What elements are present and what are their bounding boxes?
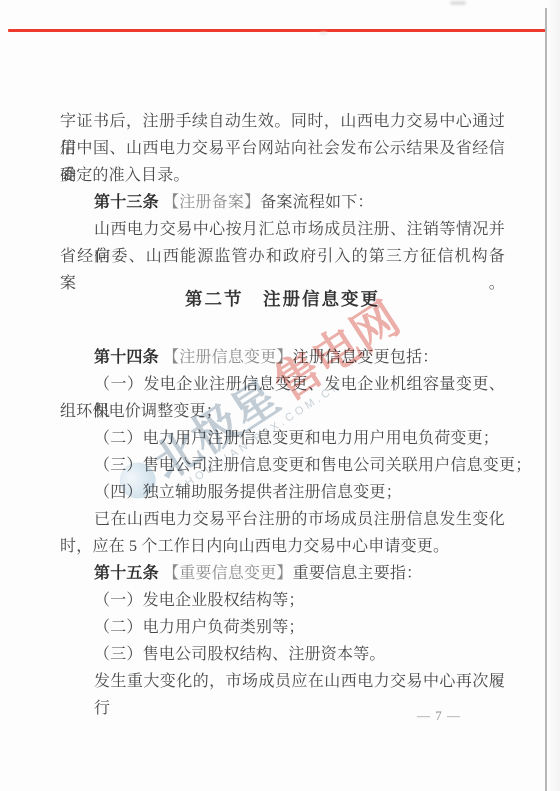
text-line: （三）售电公司股权结构、注册资本等。 xyxy=(60,641,505,668)
text-line: 第十三条 【注册备案】备案流程如下： xyxy=(60,189,505,216)
text-line: （一）发电企业股权结构等； xyxy=(60,587,505,614)
text-line: 字证书后，注册手续自动生效。同时，山西电力交易中心通过信 xyxy=(60,108,505,135)
document-body: 字证书后，注册手续自动生效。同时，山西电力交易中心通过信用中国、山西电力交易平台… xyxy=(60,108,505,695)
text-line: 已在山西电力交易平台注册的市场成员注册信息发生变化 xyxy=(60,506,505,533)
text-segment: 【注册备案】 xyxy=(159,194,260,211)
text-segment: 重要信息主要指： xyxy=(293,565,423,582)
text-segment: 第十三条 xyxy=(94,194,159,211)
text-segment: 备案流程如下： xyxy=(260,194,373,211)
text-segment: 已在山西电力交易平台注册的市场成员注册信息发生变化 xyxy=(94,511,505,528)
text-line: 用中国、山西电力交易平台网站向社会发布公示结果及省经信委 xyxy=(60,135,505,162)
text-segment: 第十四条 xyxy=(94,349,159,366)
text-line: 山西电力交易中心按月汇总市场成员注册、注销等情况并向 xyxy=(60,216,505,243)
scan-smudge xyxy=(450,1,466,5)
text-line: （一）发电企业注册信息变更、发电企业机组容量变更、机 xyxy=(60,371,505,398)
text-segment: 时，应在 5 个工作日内向山西电力交易中心申请变更。 xyxy=(60,538,449,555)
text-segment: （四）独立辅助服务提供者注册信息变更； xyxy=(94,484,402,501)
text-segment: （二）电力用户注册信息变更和电力用户用电负荷变更； xyxy=(94,430,499,447)
text-segment: 【注册信息变更】 xyxy=(159,349,293,366)
text-line: 第十五条 【重要信息变更】重要信息主要指： xyxy=(60,560,505,587)
text-segment: 第二节 注册信息变更 xyxy=(185,289,380,309)
text-line: （四）独立辅助服务提供者注册信息变更； xyxy=(60,479,505,506)
scan-edge-shade xyxy=(547,0,560,791)
text-segment: 【重要信息变更】 xyxy=(159,565,293,582)
text-line: （二）电力用户注册信息变更和电力用户用电负荷变更； xyxy=(60,425,505,452)
scan-smudge xyxy=(320,32,327,35)
text-segment: 确定的准入目录。 xyxy=(60,167,190,184)
top-red-rule xyxy=(8,29,553,32)
text-segment: （三）售电公司注册信息变更和售电公司关联用户信息变更； xyxy=(94,457,531,474)
text-line: （三）售电公司注册信息变更和售电公司关联用户信息变更； xyxy=(60,452,505,479)
text-line: 确定的准入目录。 xyxy=(60,162,505,189)
text-line: （二）电力用户负荷类别等； xyxy=(60,614,505,641)
text-segment: 组环保电价调整变更； xyxy=(60,403,222,420)
text-segment: （三）售电公司股权结构、注册资本等。 xyxy=(94,646,386,663)
text-segment: 注册信息变更包括： xyxy=(293,349,439,366)
scan-edge-line xyxy=(545,8,547,791)
text-line: 时，应在 5 个工作日内向山西电力交易中心申请变更。 xyxy=(60,533,505,560)
text-segment: （二）电力用户负荷类别等； xyxy=(94,619,305,636)
text-segment: （一）发电企业股权结构等； xyxy=(94,592,305,609)
text-line: 发生重大变化的，市场成员应在山西电力交易中心再次履行 xyxy=(60,668,505,695)
text-line: 省经信委、山西能源监管办和政府引入的第三方征信机构备案。 xyxy=(60,243,505,270)
page-number: — 7 — xyxy=(408,708,470,724)
text-segment: 第十五条 xyxy=(94,565,159,582)
text-line: 第十四条 【注册信息变更】注册信息变更包括： xyxy=(60,344,505,371)
text-line: 组环保电价调整变更； xyxy=(60,398,505,425)
scanned-document-page: 字证书后，注册手续自动生效。同时，山西电力交易中心通过信用中国、山西电力交易平台… xyxy=(0,0,560,791)
